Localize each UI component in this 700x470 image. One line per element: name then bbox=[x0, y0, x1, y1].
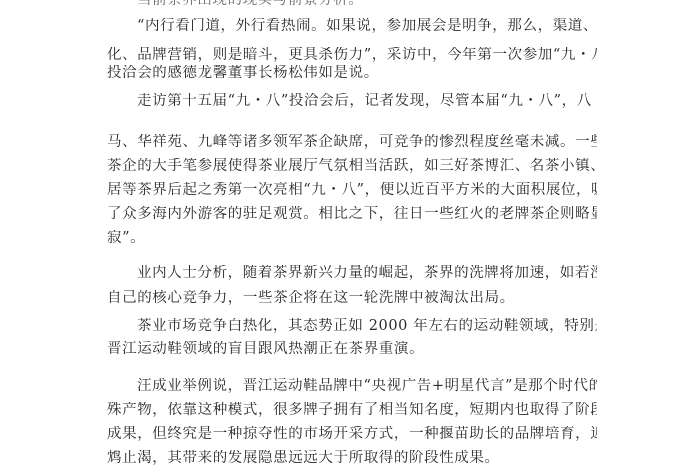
text-line-7: 居等茶界后起之秀第一次亮相“九・八”，便以近百平方米的大面积展位，吸引 bbox=[107, 182, 597, 198]
text-line-8: 了众多海内外游客的驻足观赏。相比之下，往日一些红火的老牌茶企则略显“沉 bbox=[107, 206, 597, 222]
text-line-0: 当前茶界出现的现实与前景分析。 bbox=[107, 0, 597, 8]
text-line-10: 业内人士分析，随着茶界新兴力量的崛起，茶界的洗牌将加速，如若没有 bbox=[107, 265, 597, 281]
text-line-3: 投洽会的感德龙馨董事长杨松伟如是说。 bbox=[107, 65, 597, 81]
text-line-6: 茶企的大手笔参展使得茶业展厅气氛相当活跃，如三好茶博汇、名茶小镇、茶圣 bbox=[107, 158, 597, 174]
text-line-1: “内行看门道，外行看热闹。如果说，参加展会是明争，那么，渠道、文 bbox=[107, 18, 597, 34]
text-line-9: 寂”。 bbox=[107, 230, 597, 246]
text-line-12: 茶业市场竞争白热化，其态势正如 2000 年左右的运动鞋领域，特别是当年 bbox=[107, 318, 597, 334]
text-line-14: 汪成业举例说，晋江运动鞋品牌中“央视广告+明星代言”是那个时代的特 bbox=[107, 378, 597, 394]
text-line-13: 晋江运动鞋领域的盲目跟风热潮正在茶界重演。 bbox=[107, 341, 597, 357]
text-line-2: 化、品牌营销，则是暗斗，更具杀伤力”，采访中，今年第一次参加“九・八” bbox=[107, 47, 597, 63]
text-line-5: 马、华祥苑、九峰等诸多领军茶企缺席，可竞争的惨烈程度丝毫未减。一些新兴 bbox=[107, 134, 597, 150]
text-line-16: 成果，但终究是一种掠夺性的市场开采方式，一种揠苗助长的品牌培育，近乎饮 bbox=[107, 426, 597, 442]
text-line-4: 走访第十五届“九・八”投洽会后，记者发现，尽管本届“九・八”，八 bbox=[107, 93, 597, 109]
text-line-17: 鸩止渴，其带来的发展隐患远远大于所取得的阶段性成果。 bbox=[107, 450, 597, 466]
text-line-11: 自己的核心竞争力，一些茶企将在这一轮洗牌中被淘汰出局。 bbox=[107, 290, 597, 306]
text-line-15: 殊产物，依靠这种模式，很多牌子拥有了相当知名度，短期内也取得了阶段性的 bbox=[107, 402, 597, 418]
